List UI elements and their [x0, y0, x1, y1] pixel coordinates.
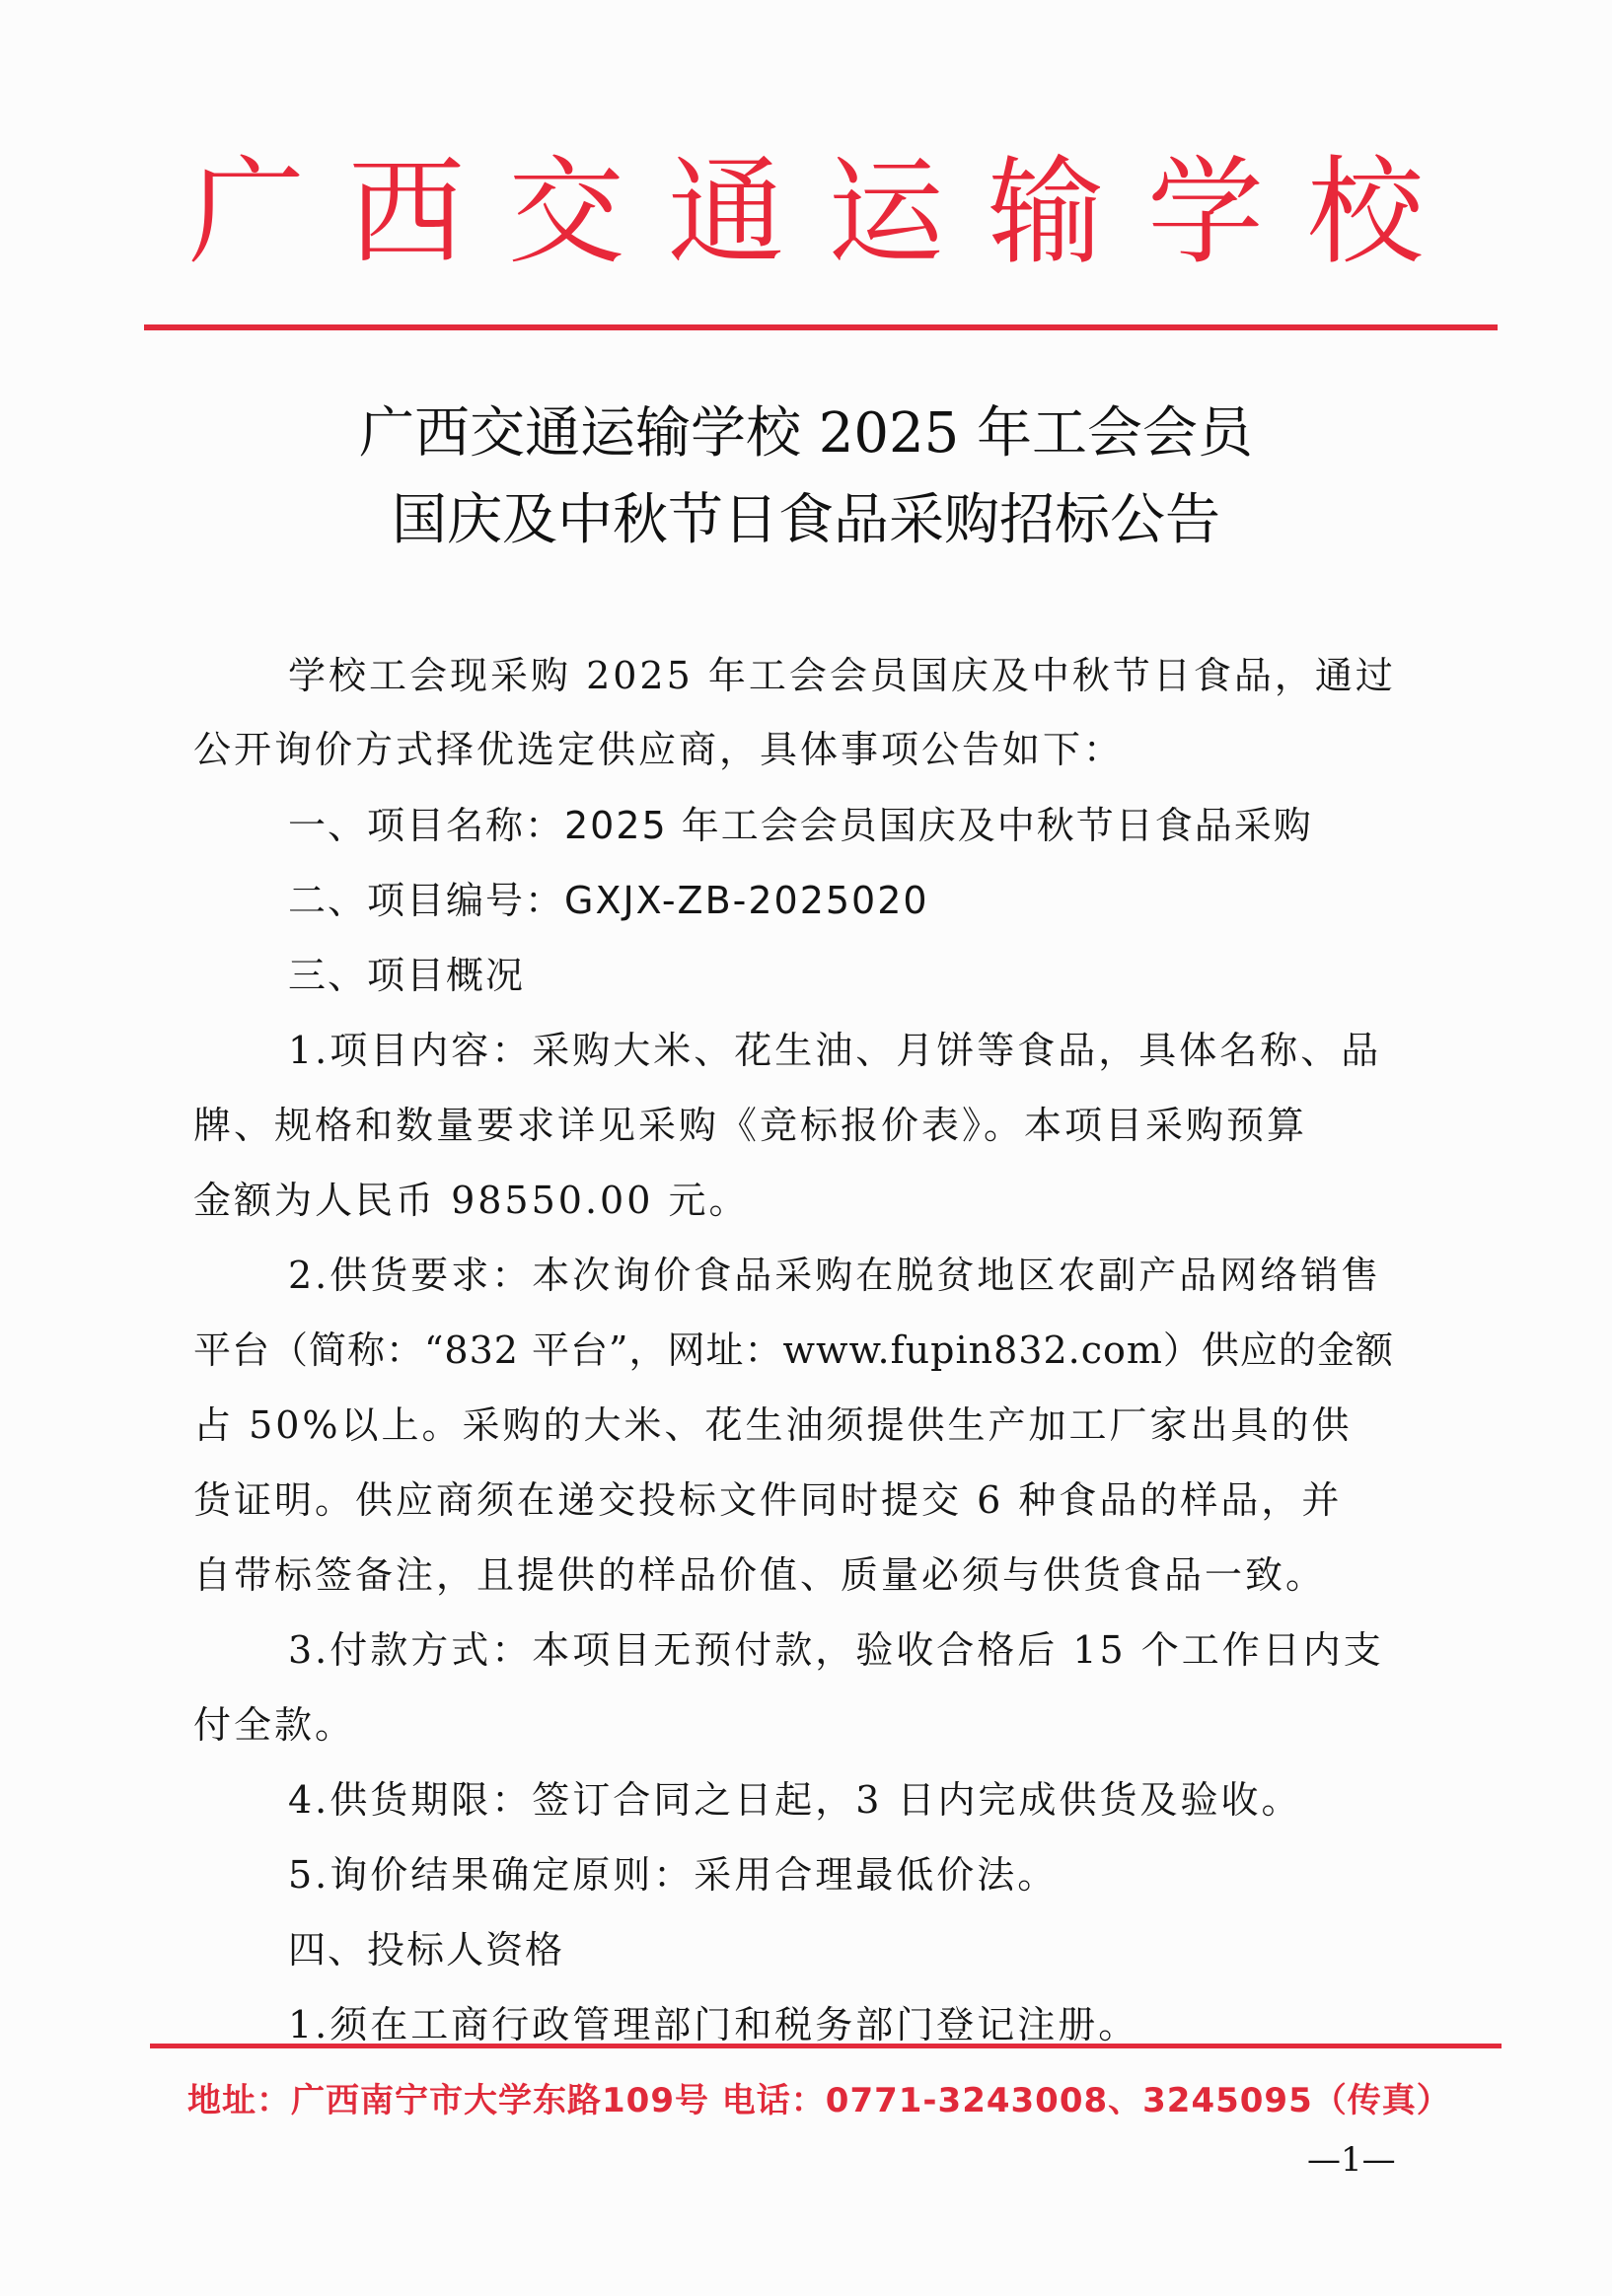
letterhead-red-rule	[144, 324, 1498, 330]
footer-address: 地址：广西南宁市大学东路109号 电话：0771-3243008、3245095…	[187, 2079, 1451, 2122]
item-2-line-2: 平台（简称：“832 平台”，网址：www.fupin832.com）供应的金额	[193, 1326, 1394, 1375]
document-title-line-1: 广西交通运输学校 2025 年工会会员	[0, 399, 1612, 468]
item-2-line-3: 占 50%以上。采购的大米、花生油须提供生产加工厂家出具的供	[193, 1400, 1353, 1450]
letterhead-org-name: 广西交通运输学校	[0, 148, 1612, 276]
page-number: —1—	[1307, 2140, 1396, 2180]
item-2-line-1: 2.供货要求：本次询价食品采购在脱贫地区农副产品网络销售	[288, 1251, 1381, 1300]
item-3-line-1: 3.付款方式：本项目无预付款，验收合格后 15 个工作日内支	[288, 1625, 1384, 1675]
item-5-line: 5.询价结果确定原则：采用合理最低价法。	[288, 1850, 1058, 1900]
item-1-line-2: 牌、规格和数量要求详见采购《竞标报价表》。本项目采购预算	[193, 1101, 1307, 1150]
item-1-line-1: 1.项目内容：采购大米、花生油、月饼等食品，具体名称、品	[288, 1026, 1381, 1075]
item-1-line-3: 金额为人民币 98550.00 元。	[193, 1176, 749, 1225]
section-1-project-name: 一、项目名称：2025 年工会会员国庆及中秋节日食品采购	[288, 801, 1313, 850]
intro-line-1: 学校工会现采购 2025 年工会会员国庆及中秋节日食品，通过	[288, 651, 1396, 700]
footer-red-rule	[150, 2044, 1502, 2048]
section-2-project-code: 二、项目编号：GXJX-ZB-2025020	[288, 876, 929, 925]
qualification-1-line: 1.须在工商行政管理部门和税务部门登记注册。	[288, 2000, 1138, 2049]
section-4-heading: 四、投标人资格	[288, 1925, 564, 1974]
item-2-line-5: 自带标签备注，且提供的样品价值、质量必须与供货食品一致。	[193, 1550, 1326, 1600]
item-2-line-4: 货证明。供应商须在递交投标文件同时提交 6 种食品的样品，并	[193, 1475, 1342, 1525]
intro-line-2: 公开询价方式择优选定供应商，具体事项公告如下：	[193, 725, 1124, 774]
section-3-heading: 三、项目概况	[288, 951, 525, 1000]
document-page: 广西交通运输学校 广西交通运输学校 2025 年工会会员 国庆及中秋节日食品采购…	[0, 0, 1612, 2296]
item-4-line: 4.供货期限：签订合同之日起，3 日内完成供货及验收。	[288, 1775, 1302, 1825]
item-3-line-2: 付全款。	[193, 1700, 355, 1750]
document-title-line-2: 国庆及中秋节日食品采购招标公告	[0, 486, 1612, 555]
